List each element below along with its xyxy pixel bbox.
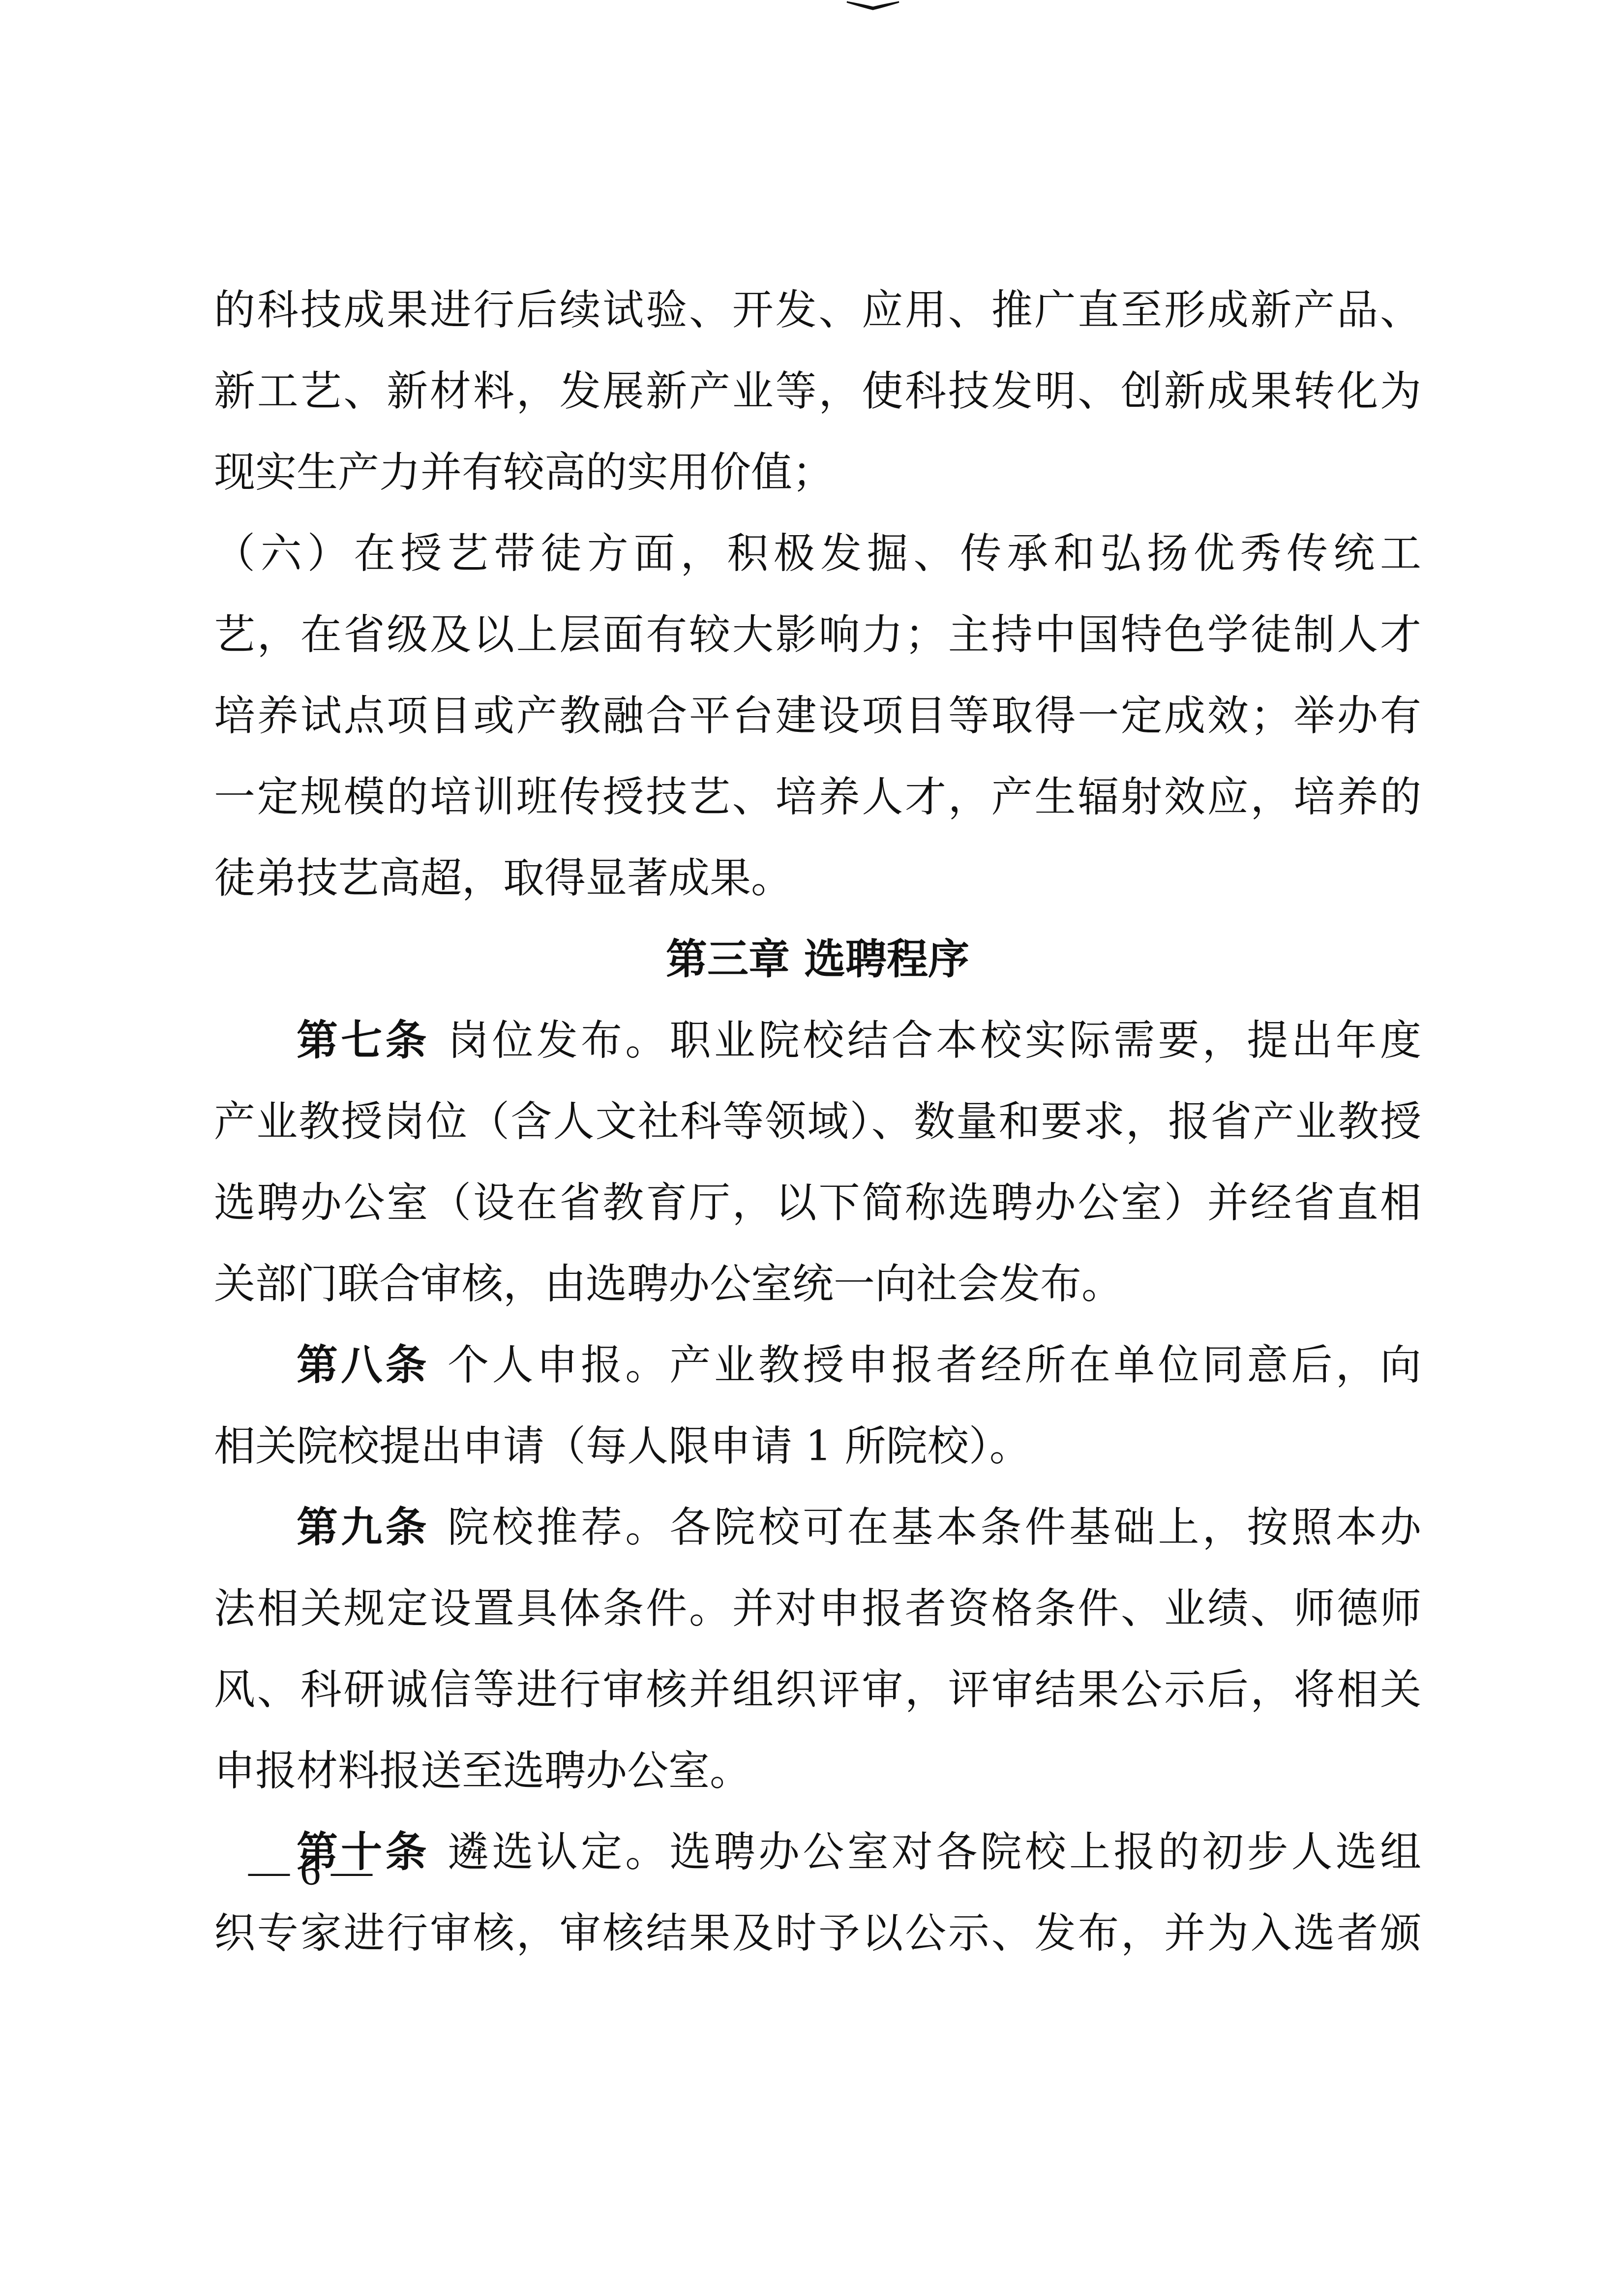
article-7: 第七条岗位发布。职业院校结合本校实际需要，提出年度 产业教授岗位（含人文社科等领…	[214, 1000, 1421, 1325]
article-first-line: 第十条遴选认定。选聘办公室对各院校上报的初步人选组	[214, 1812, 1421, 1893]
continuation-paragraph: 的科技成果进行后续试验、开发、应用、推广直至形成新产品、 新工艺、新材料，发展新…	[214, 270, 1421, 513]
article-first-line: 第八条个人申报。产业教授申报者经所在单位同意后，向	[214, 1325, 1421, 1406]
article-heading-text: 岗位发布。职业院校结合本校实际需要，提出年度	[445, 1016, 1421, 1064]
text-line: 关部门联合审核，由选聘办公室统一向社会发布。	[214, 1243, 1421, 1325]
text-line: 培养试点项目或产教融合平台建设项目等取得一定成效；举办有	[214, 675, 1421, 756]
chapter-title: 第三章 选聘程序	[214, 919, 1421, 1000]
text-line: 的科技成果进行后续试验、开发、应用、推广直至形成新产品、	[214, 270, 1421, 351]
text-line: 法相关规定设置具体条件。并对申报者资格条件、业绩、师德师	[214, 1568, 1421, 1649]
article-label: 第九条	[297, 1503, 430, 1551]
article-8: 第八条个人申报。产业教授申报者经所在单位同意后，向 相关院校提出申请（每人限申请…	[214, 1325, 1421, 1487]
article-label: 第八条	[297, 1341, 430, 1389]
article-10: 第十条遴选认定。选聘办公室对各院校上报的初步人选组 织专家进行审核，审核结果及时…	[214, 1812, 1421, 1974]
text-line: 织专家进行审核，审核结果及时予以公示、发布，并为入选者颁	[214, 1893, 1421, 1974]
article-first-line: 第七条岗位发布。职业院校结合本校实际需要，提出年度	[214, 1000, 1421, 1081]
text-line: 相关院校提出申请（每人限申请 1 所院校）。	[214, 1406, 1421, 1487]
article-heading-text: 遴选认定。选聘办公室对各院校上报的初步人选组	[445, 1828, 1421, 1876]
article-first-line: 第九条院校推荐。各院校可在基本条件基础上，按照本办	[214, 1487, 1421, 1568]
text-line: 申报材料报送至选聘办公室。	[214, 1730, 1421, 1812]
item-six-paragraph: （六）在授艺带徒方面，积极发掘、传承和弘扬优秀传统工 艺，在省级及以上层面有较大…	[214, 513, 1421, 919]
article-label: 第七条	[297, 1016, 430, 1064]
text-line: 现实生产力并有较高的实用价值；	[214, 432, 1421, 513]
page-number: — 6 —	[248, 1847, 372, 1896]
document-page: 的科技成果进行后续试验、开发、应用、推广直至形成新产品、 新工艺、新材料，发展新…	[0, 0, 1618, 2296]
text-line: 产业教授岗位（含人文社科等领域）、数量和要求，报省产业教授	[214, 1081, 1421, 1162]
text-line: （六）在授艺带徒方面，积极发掘、传承和弘扬优秀传统工	[214, 513, 1421, 594]
text-line: 新工艺、新材料，发展新产业等，使科技发明、创新成果转化为	[214, 351, 1421, 432]
text-line: 风、科研诚信等进行审核并组织评审，评审结果公示后，将相关	[214, 1649, 1421, 1730]
text-line: 艺，在省级及以上层面有较大影响力；主持中国特色学徒制人才	[214, 594, 1421, 675]
text-line: 选聘办公室（设在省教育厅，以下简称选聘办公室）并经省直相	[214, 1162, 1421, 1243]
text-line: 徒弟技艺高超，取得显著成果。	[214, 838, 1421, 919]
text-line: 一定规模的培训班传授技艺、培养人才，产生辐射效应，培养的	[214, 756, 1421, 838]
article-heading-text: 个人申报。产业教授申报者经所在单位同意后，向	[445, 1341, 1421, 1389]
document-body: 的科技成果进行后续试验、开发、应用、推广直至形成新产品、 新工艺、新材料，发展新…	[214, 270, 1421, 1974]
article-heading-text: 院校推荐。各院校可在基本条件基础上，按照本办	[445, 1503, 1421, 1551]
top-binding-mark-icon	[846, 0, 900, 11]
article-9: 第九条院校推荐。各院校可在基本条件基础上，按照本办 法相关规定设置具体条件。并对…	[214, 1487, 1421, 1812]
